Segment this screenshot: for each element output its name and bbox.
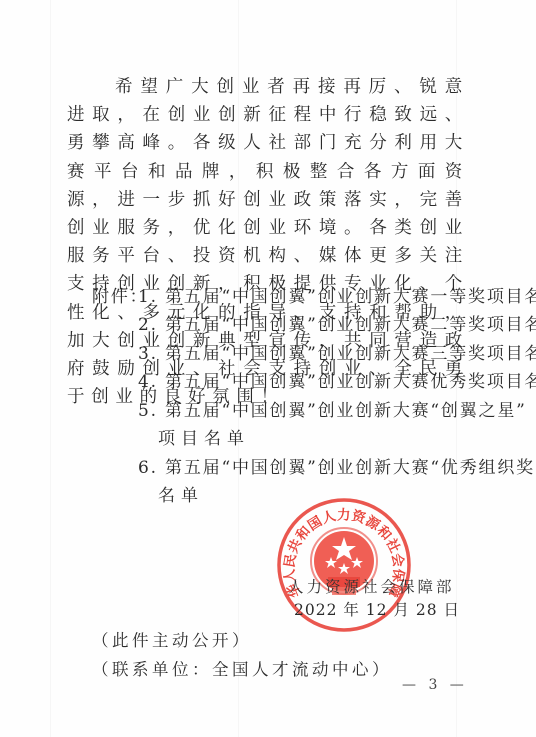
disclosure-note: （此件主动公开）: [92, 627, 252, 651]
attachment-number: 1.: [138, 287, 158, 307]
attachment-title: 第五届“中国创翼”创业创新大赛三等奖项目名单: [165, 344, 536, 364]
contact-note: （联系单位：全国人才流动中心）: [92, 656, 392, 680]
attachment-number: 3.: [138, 344, 158, 364]
document-page: 希望广大创业者再接再厉、锐意进取，在创业创新征程中行稳致远、勇攀高峰。各级人社部…: [0, 0, 536, 737]
issuer-signature: 人力资源社会保障部: [288, 575, 455, 597]
attachment-number: 5.: [138, 401, 158, 421]
attachment-title: 第五届“中国创翼”创业创新大赛优秀奖项目名单: [165, 372, 536, 392]
issue-date: 2022 年 12 月 28 日: [294, 598, 460, 620]
attachment-item-1: 1. 第五届“中国创翼”创业创新大赛一等奖项目名单: [138, 283, 536, 312]
attachment-title: 第五届“中国创翼”创业创新大赛二等奖项目名单: [165, 315, 536, 335]
attachment-item-6-continuation: 名单: [158, 482, 204, 511]
attachment-number: 4.: [138, 372, 158, 392]
page-number: — 3 —: [402, 677, 468, 693]
attachment-item-4: 4. 第五届“中国创翼”创业创新大赛优秀奖项目名单: [138, 368, 536, 397]
attachment-item-5-continuation: 项目名单: [158, 425, 250, 454]
attachment-item-2: 2. 第五届“中国创翼”创业创新大赛二等奖项目名单: [138, 311, 536, 340]
attachment-title: 第五届“中国创翼”创业创新大赛“优秀组织奖”: [165, 458, 536, 478]
attachment-item-3: 3. 第五届“中国创翼”创业创新大赛三等奖项目名单: [138, 340, 536, 369]
attachment-title: 第五届“中国创翼”创业创新大赛一等奖项目名单: [165, 287, 536, 307]
attachment-number: 6.: [138, 458, 158, 478]
page-edge-line: [50, 0, 51, 737]
attachment-item-5: 5. 第五届“中国创翼”创业创新大赛“创翼之星”: [138, 397, 527, 426]
attachment-item-6: 6. 第五届“中国创翼”创业创新大赛“优秀组织奖”: [138, 454, 536, 483]
attachment-title: 第五届“中国创翼”创业创新大赛“创翼之星”: [165, 401, 527, 421]
attachment-number: 2.: [138, 315, 158, 335]
